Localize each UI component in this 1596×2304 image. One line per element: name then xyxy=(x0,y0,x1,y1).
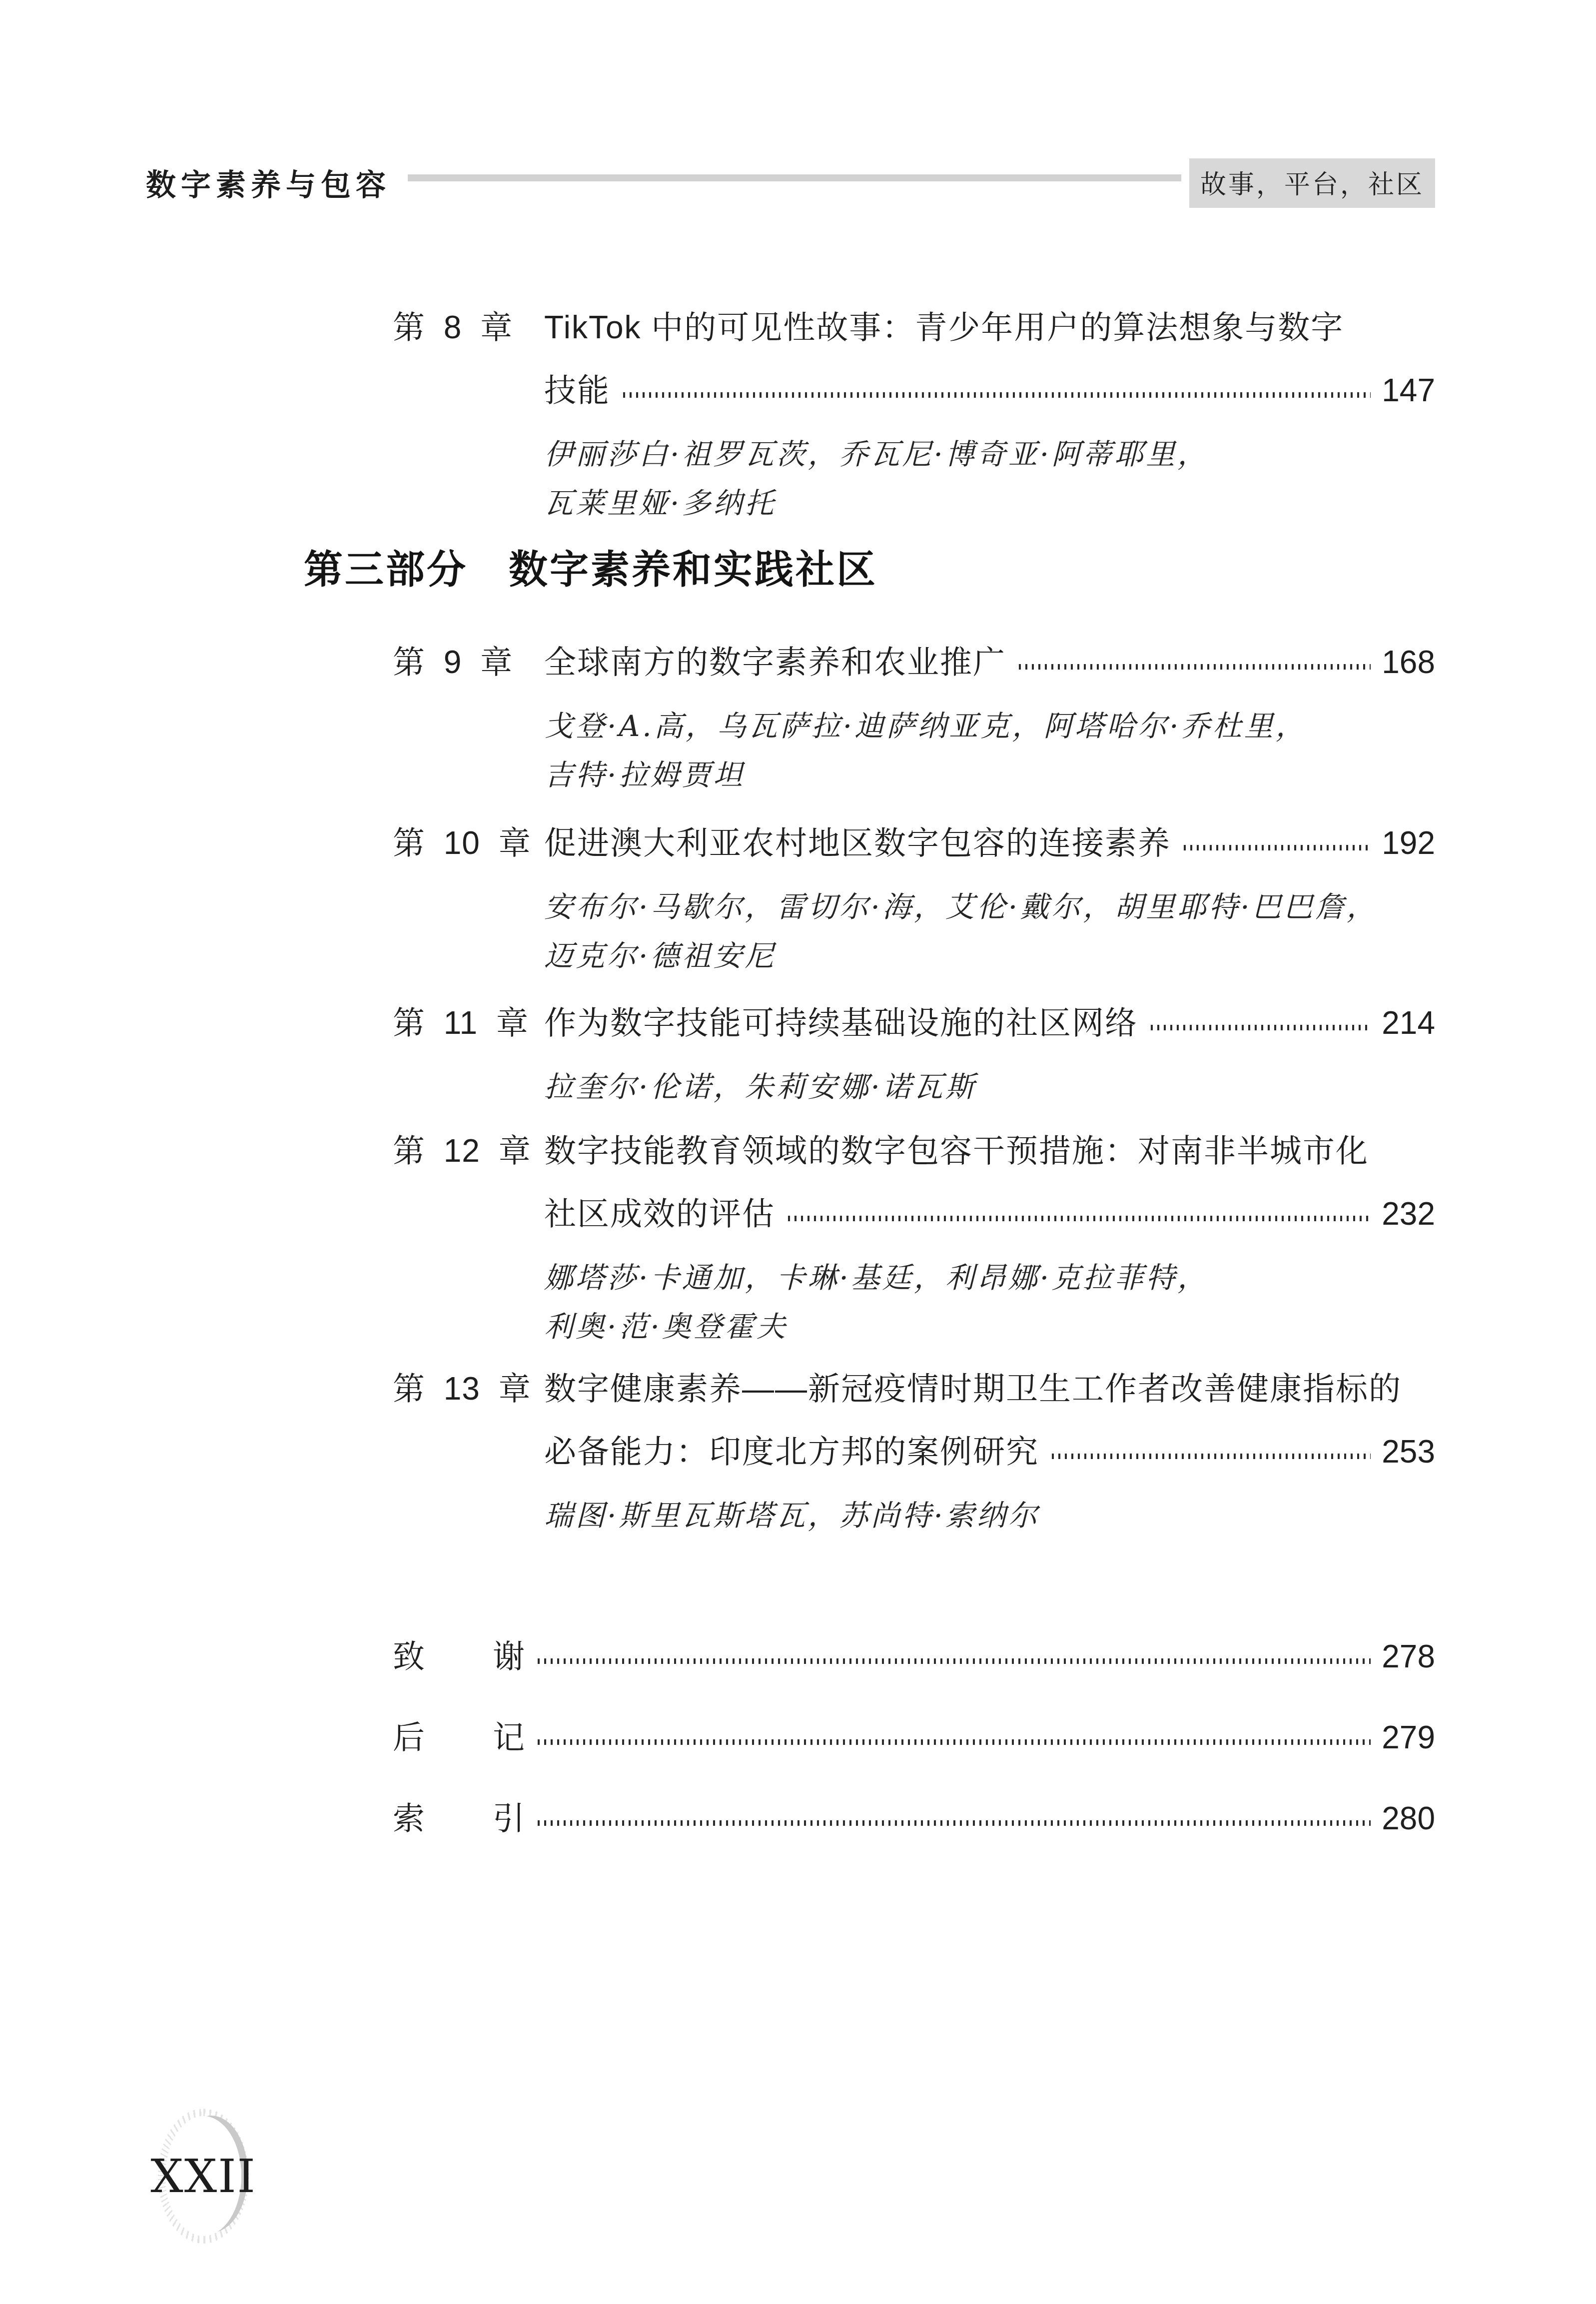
author-line: 迈克尔·德祖安尼 xyxy=(544,931,1435,980)
label-char: 谢 xyxy=(493,1625,525,1688)
page-number: 279 xyxy=(1382,1706,1435,1769)
chapter-title-row: 第 10 章 促进澳大利亚农村地区数字包容的连接素养 192 xyxy=(393,811,1435,874)
backmatter-list: 致 谢 278 后 记 279 索 引 280 xyxy=(393,1625,1435,1868)
dotted-leader xyxy=(1184,845,1371,850)
chapter-title-row: 第 12 章 数字技能教育领域的数字包容干预措施：对南非半城市化 xyxy=(393,1119,1435,1182)
dotted-leader xyxy=(623,392,1371,398)
author-line: 拉奎尔·伦诺，朱莉安娜·诺瓦斯 xyxy=(544,1062,1435,1111)
toc-entry-chapter-11: 第 11 章 作为数字技能可持续基础设施的社区网络 214 拉奎尔·伦诺，朱莉安… xyxy=(393,991,1435,1111)
author-line: 瓦莱里娅·多纳托 xyxy=(544,479,1435,528)
chapter-title-row: 第 9 章 全球南方的数字素养和农业推广 168 xyxy=(393,631,1435,694)
header-rule xyxy=(408,174,1181,181)
chapter-authors: 拉奎尔·伦诺，朱莉安娜·诺瓦斯 xyxy=(393,1062,1435,1111)
chapter-title-line2: 社区成效的评估 xyxy=(544,1182,775,1245)
dotted-leader xyxy=(538,1820,1371,1826)
backmatter-row-postscript: 后 记 279 xyxy=(393,1706,1435,1769)
chapter-title-row: 技能 147 xyxy=(393,359,1435,422)
part-label: 第三部分 xyxy=(304,539,468,595)
chapter-number: 第 8 章 xyxy=(393,296,544,359)
backmatter-row-acknowledgements: 致 谢 278 xyxy=(393,1625,1435,1688)
chapter-title-line1: 作为数字技能可持续基础设施的社区网络 xyxy=(544,991,1138,1054)
chapter-number: 第 12 章 xyxy=(393,1119,544,1182)
dotted-leader xyxy=(538,1739,1371,1745)
toc-entry-chapter-13: 第 13 章 数字健康素养——新冠疫情时期卫生工作者改善健康指标的 必备能力：印… xyxy=(393,1357,1435,1540)
backmatter-label: 后 记 xyxy=(393,1706,525,1769)
page-number: 214 xyxy=(1382,991,1435,1054)
label-char: 记 xyxy=(493,1706,525,1769)
author-line: 戈登·A.高，乌瓦萨拉·迪萨纳亚克，阿塔哈尔·乔杜里， xyxy=(544,702,1435,751)
backmatter-label: 致 谢 xyxy=(393,1625,525,1688)
label-char: 引 xyxy=(493,1787,525,1850)
book-title: 数字素养与包容 xyxy=(146,161,391,204)
part-heading: 第三部分 数字素养和实践社区 xyxy=(304,539,877,595)
section-label: 故事，平台，社区 xyxy=(1189,158,1435,208)
page-number: 253 xyxy=(1382,1420,1435,1483)
chapter-number: 第 10 章 xyxy=(393,811,544,874)
chapter-title-line1: 促进澳大利亚农村地区数字包容的连接素养 xyxy=(544,811,1171,874)
chapter-number: 第 9 章 xyxy=(393,631,544,694)
dotted-leader xyxy=(1151,1025,1371,1030)
chapter-title-line1: TikTok 中的可见性故事：青少年用户的算法想象与数字 xyxy=(544,296,1344,359)
dotted-leader xyxy=(1019,664,1371,670)
chapter-title-line1: 全球南方的数字素养和农业推广 xyxy=(544,631,1006,694)
backmatter-label: 索 引 xyxy=(393,1787,525,1850)
toc-entry-chapter-10: 第 10 章 促进澳大利亚农村地区数字包容的连接素养 192 安布尔·马歇尔，雷… xyxy=(393,811,1435,980)
chapter-title-line1: 数字技能教育领域的数字包容干预措施：对南非半城市化 xyxy=(544,1119,1369,1182)
toc-entry-chapter-8: 第 8 章 TikTok 中的可见性故事：青少年用户的算法想象与数字 技能 14… xyxy=(393,296,1435,528)
page-number: 147 xyxy=(1382,359,1435,422)
label-char: 致 xyxy=(393,1625,425,1688)
author-line: 瑞图·斯里瓦斯塔瓦，苏尚特·索纳尔 xyxy=(544,1491,1435,1540)
backmatter-row-index: 索 引 280 xyxy=(393,1787,1435,1850)
chapter-title-row: 第 11 章 作为数字技能可持续基础设施的社区网络 214 xyxy=(393,991,1435,1054)
chapter-authors: 安布尔·马歇尔，雷切尔·海，艾伦·戴尔，胡里耶特·巴巴詹， 迈克尔·德祖安尼 xyxy=(393,882,1435,980)
chapter-authors: 瑞图·斯里瓦斯塔瓦，苏尚特·索纳尔 xyxy=(393,1491,1435,1540)
part-title: 数字素养和实践社区 xyxy=(509,539,877,595)
page-number: 168 xyxy=(1382,631,1435,694)
author-line: 利奥·范·奥登霍夫 xyxy=(544,1302,1435,1351)
chapter-number: 第 11 章 xyxy=(393,991,544,1054)
toc-entry-chapter-9: 第 9 章 全球南方的数字素养和农业推广 168 戈登·A.高，乌瓦萨拉·迪萨纳… xyxy=(393,631,1435,799)
folio-seal: XXII xyxy=(158,2109,249,2244)
author-line: 伊丽莎白·祖罗瓦茨，乔瓦尼·博奇亚·阿蒂耶里， xyxy=(544,430,1435,479)
author-line: 吉特·拉姆贾坦 xyxy=(544,751,1435,799)
running-header: 数字素养与包容 故事，平台，社区 xyxy=(146,159,1435,207)
folio-page-number: XXII xyxy=(158,2109,249,2244)
toc-entry-chapter-12: 第 12 章 数字技能教育领域的数字包容干预措施：对南非半城市化 社区成效的评估… xyxy=(393,1119,1435,1351)
chapter-title-row: 第 13 章 数字健康素养——新冠疫情时期卫生工作者改善健康指标的 xyxy=(393,1357,1435,1420)
dotted-leader xyxy=(538,1658,1371,1664)
chapter-authors: 娜塔莎·卡通加，卡琳·基廷，利昂娜·克拉菲特， 利奥·范·奥登霍夫 xyxy=(393,1253,1435,1351)
toc-page: 数字素养与包容 故事，平台，社区 第 8 章 TikTok 中的可见性故事：青少… xyxy=(0,0,1596,2304)
label-char: 索 xyxy=(393,1787,425,1850)
chapter-title-line2: 必备能力：印度北方邦的案例研究 xyxy=(544,1420,1039,1483)
chapter-title-line2: 技能 xyxy=(544,359,610,422)
author-line: 娜塔莎·卡通加，卡琳·基廷，利昂娜·克拉菲特， xyxy=(544,1253,1435,1302)
page-number: 280 xyxy=(1382,1787,1435,1850)
dotted-leader xyxy=(788,1216,1371,1221)
label-char: 后 xyxy=(393,1706,425,1769)
page-number: 232 xyxy=(1382,1182,1435,1245)
chapter-authors: 戈登·A.高，乌瓦萨拉·迪萨纳亚克，阿塔哈尔·乔杜里， 吉特·拉姆贾坦 xyxy=(393,702,1435,799)
chapter-title-row: 第 8 章 TikTok 中的可见性故事：青少年用户的算法想象与数字 xyxy=(393,296,1435,359)
chapter-title-row: 必备能力：印度北方邦的案例研究 253 xyxy=(393,1420,1435,1483)
page-number: 192 xyxy=(1382,811,1435,874)
author-line: 安布尔·马歇尔，雷切尔·海，艾伦·戴尔，胡里耶特·巴巴詹， xyxy=(544,882,1435,931)
page-number: 278 xyxy=(1382,1625,1435,1688)
chapter-number: 第 13 章 xyxy=(393,1357,544,1420)
dotted-leader xyxy=(1052,1454,1371,1459)
chapter-title-row: 社区成效的评估 232 xyxy=(393,1182,1435,1245)
chapter-title-line1: 数字健康素养——新冠疫情时期卫生工作者改善健康指标的 xyxy=(544,1357,1402,1420)
chapter-authors: 伊丽莎白·祖罗瓦茨，乔瓦尼·博奇亚·阿蒂耶里， 瓦莱里娅·多纳托 xyxy=(393,430,1435,528)
